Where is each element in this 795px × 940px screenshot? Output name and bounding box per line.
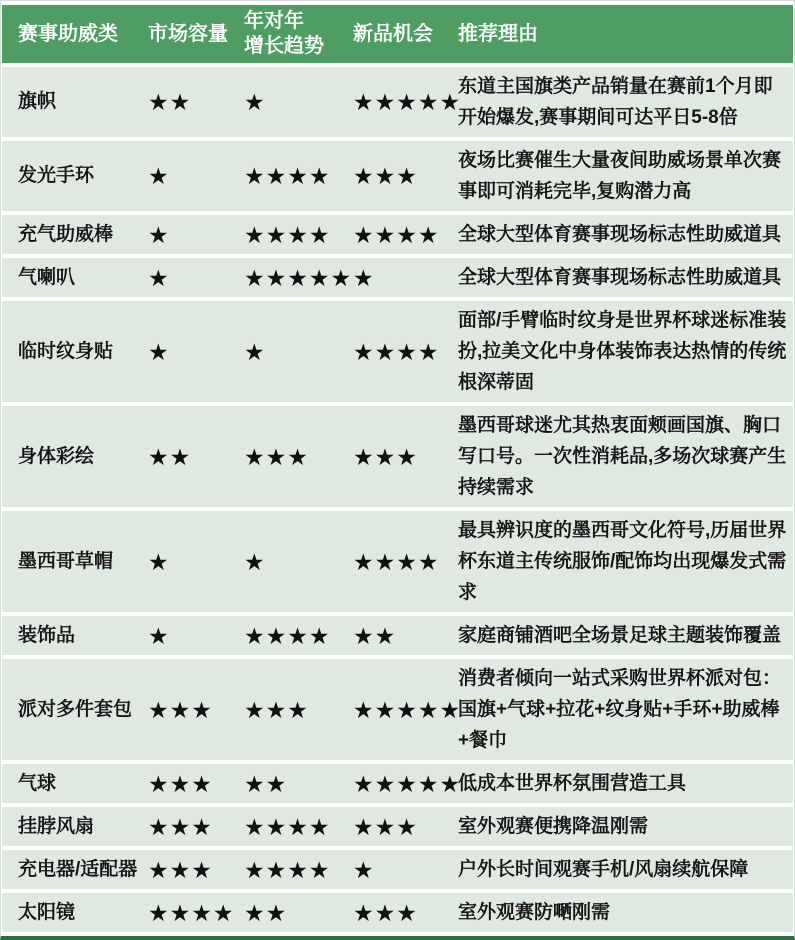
header-yoy-growth: 年对年 增长趋势 xyxy=(227,5,336,63)
table-row: 墨西哥草帽 ★ ★ ★★★★ 最具辨识度的墨西哥文化符号,历届世界杯东道主传统服… xyxy=(2,511,793,612)
header-reason: 推荐理由 xyxy=(441,5,793,63)
yoy-growth-rating: ★★★★ xyxy=(227,141,336,211)
yoy-growth-rating: ★ xyxy=(227,67,336,137)
category-cell: 墨西哥草帽 xyxy=(2,511,131,612)
reason-cell: 全球大型体育赛事现场标志性助威道具 xyxy=(441,215,793,254)
new-product-opportunity-rating: ★★★ xyxy=(336,141,441,211)
category-cell: 挂脖风扇 xyxy=(2,807,131,846)
reason-cell: 全球大型体育赛事现场标志性助威道具 xyxy=(441,258,793,297)
table-row: 气球 ★★★ ★★ ★★★★★ 低成本世界杯氛围营造工具 xyxy=(2,764,793,803)
reason-cell: 室外观赛防嗮刚需 xyxy=(441,893,793,932)
market-capacity-rating: ★★★ xyxy=(131,807,227,846)
cheering-products-rating-panel: 赛事助威类 市场容量 年对年 增长趋势 新品机会 推荐理由 旗帜 ★★ ★ ★★… xyxy=(0,0,795,940)
table-row: 派对多件套包 ★★★ ★★★ ★★★★★ 消费者倾向一站式采购世界杯派对包：国旗… xyxy=(2,659,793,760)
new-product-opportunity-rating: ★★★ xyxy=(336,807,441,846)
cheering-products-table: 赛事助威类 市场容量 年对年 增长趋势 新品机会 推荐理由 旗帜 ★★ ★ ★★… xyxy=(2,1,793,936)
yoy-growth-rating: ★★★★ xyxy=(227,850,336,889)
table-row: 临时纹身贴 ★ ★ ★★★★ 面部/手臂临时纹身是世界杯球迷标准装扮,拉美文化中… xyxy=(2,301,793,402)
market-capacity-rating: ★★★ xyxy=(131,764,227,803)
new-product-opportunity-rating: ★★★★ xyxy=(336,301,441,402)
new-product-opportunity-rating: ★★★★ xyxy=(336,511,441,612)
market-capacity-rating: ★★ xyxy=(131,406,227,507)
market-capacity-rating: ★ xyxy=(131,616,227,655)
table-row: 太阳镜 ★★★★ ★★ ★★★ 室外观赛防嗮刚需 xyxy=(2,893,793,932)
category-cell: 气喇叭 xyxy=(2,258,131,297)
new-product-opportunity-rating: ★★★★★ xyxy=(336,67,441,137)
new-product-opportunity-rating: ★ xyxy=(336,850,441,889)
header-category: 赛事助威类 xyxy=(2,5,131,63)
yoy-growth-rating: ★ xyxy=(227,301,336,402)
category-cell: 充气助威棒 xyxy=(2,215,131,254)
yoy-growth-rating: ★★★ xyxy=(227,406,336,507)
new-product-opportunity-rating: ★★ xyxy=(336,616,441,655)
reason-cell: 最具辨识度的墨西哥文化符号,历届世界杯东道主传统服饰/配饰均出现爆发式需求 xyxy=(441,511,793,612)
market-capacity-rating: ★★ xyxy=(131,67,227,137)
market-capacity-rating: ★★★ xyxy=(131,659,227,760)
category-cell: 太阳镜 xyxy=(2,893,131,932)
reason-cell: 面部/手臂临时纹身是世界杯球迷标准装扮,拉美文化中身体装饰表达热情的传统根深蒂固 xyxy=(441,301,793,402)
reason-cell: 低成本世界杯氛围营造工具 xyxy=(441,764,793,803)
category-cell: 装饰品 xyxy=(2,616,131,655)
reason-cell: 消费者倾向一站式采购世界杯派对包：国旗+气球+拉花+纹身贴+手环+助威棒+餐巾 xyxy=(441,659,793,760)
reason-cell: 室外观赛便携降温刚需 xyxy=(441,807,793,846)
yoy-growth-rating: ★★★★ xyxy=(227,616,336,655)
market-capacity-rating: ★★★ xyxy=(131,850,227,889)
new-product-opportunity-rating: ★★★★★ xyxy=(336,659,441,760)
yoy-growth-rating: ★★★★ xyxy=(227,215,336,254)
category-cell: 充电器/适配器 xyxy=(2,850,131,889)
category-cell: 气球 xyxy=(2,764,131,803)
category-cell: 派对多件套包 xyxy=(2,659,131,760)
table-row: 身体彩绘 ★★ ★★★ ★★★ 墨西哥球迷尤其热衷面颊画国旗、胸口写口号。一次性… xyxy=(2,406,793,507)
market-capacity-rating: ★ xyxy=(131,301,227,402)
new-product-opportunity-rating: ★★★ xyxy=(336,406,441,507)
reason-cell: 户外长时间观赛手机/风扇续航保障 xyxy=(441,850,793,889)
reason-cell: 家庭商铺酒吧全场景足球主题装饰覆盖 xyxy=(441,616,793,655)
category-cell: 旗帜 xyxy=(2,67,131,137)
new-product-opportunity-rating: ★★★★ xyxy=(336,215,441,254)
market-capacity-rating: ★ xyxy=(131,141,227,211)
reason-cell: 墨西哥球迷尤其热衷面颊画国旗、胸口写口号。一次性消耗品,多场次球赛产生持续需求 xyxy=(441,406,793,507)
table-row: 挂脖风扇 ★★★ ★★★★ ★★★ 室外观赛便携降温刚需 xyxy=(2,807,793,846)
table-row: 发光手环 ★ ★★★★ ★★★ 夜场比赛催生大量夜间助威场景单次赛事即可消耗完毕… xyxy=(2,141,793,211)
yoy-growth-rating: ★★★★ xyxy=(227,807,336,846)
reason-cell: 东道主国旗类产品销量在赛前1个月即开始爆发,赛事期间可达平日5-8倍 xyxy=(441,67,793,137)
header-market-capacity: 市场容量 xyxy=(131,5,227,63)
table-row: 气喇叭 ★ ★★★★★ ★ 全球大型体育赛事现场标志性助威道具 xyxy=(2,258,793,297)
category-cell: 发光手环 xyxy=(2,141,131,211)
market-capacity-rating: ★ xyxy=(131,215,227,254)
yoy-growth-rating: ★★ xyxy=(227,893,336,932)
category-cell: 临时纹身贴 xyxy=(2,301,131,402)
yoy-growth-rating: ★★ xyxy=(227,764,336,803)
new-product-opportunity-rating: ★★★★★ xyxy=(336,764,441,803)
table-row: 充气助威棒 ★ ★★★★ ★★★★ 全球大型体育赛事现场标志性助威道具 xyxy=(2,215,793,254)
table-row: 充电器/适配器 ★★★ ★★★★ ★ 户外长时间观赛手机/风扇续航保障 xyxy=(2,850,793,889)
header-row: 赛事助威类 市场容量 年对年 增长趋势 新品机会 推荐理由 xyxy=(2,5,793,63)
market-capacity-rating: ★ xyxy=(131,258,227,297)
yoy-growth-rating: ★★★★★ xyxy=(227,258,336,297)
market-capacity-rating: ★ xyxy=(131,511,227,612)
new-product-opportunity-rating: ★★★ xyxy=(336,893,441,932)
table-row: 旗帜 ★★ ★ ★★★★★ 东道主国旗类产品销量在赛前1个月即开始爆发,赛事期间… xyxy=(2,67,793,137)
table-row: 装饰品 ★ ★★★★ ★★ 家庭商铺酒吧全场景足球主题装饰覆盖 xyxy=(2,616,793,655)
yoy-growth-rating: ★★★ xyxy=(227,659,336,760)
category-cell: 身体彩绘 xyxy=(2,406,131,507)
reason-cell: 夜场比赛催生大量夜间助威场景单次赛事即可消耗完毕,复购潜力高 xyxy=(441,141,793,211)
market-capacity-rating: ★★★★ xyxy=(131,893,227,932)
yoy-growth-rating: ★ xyxy=(227,511,336,612)
header-new-product-opportunity: 新品机会 xyxy=(336,5,441,63)
